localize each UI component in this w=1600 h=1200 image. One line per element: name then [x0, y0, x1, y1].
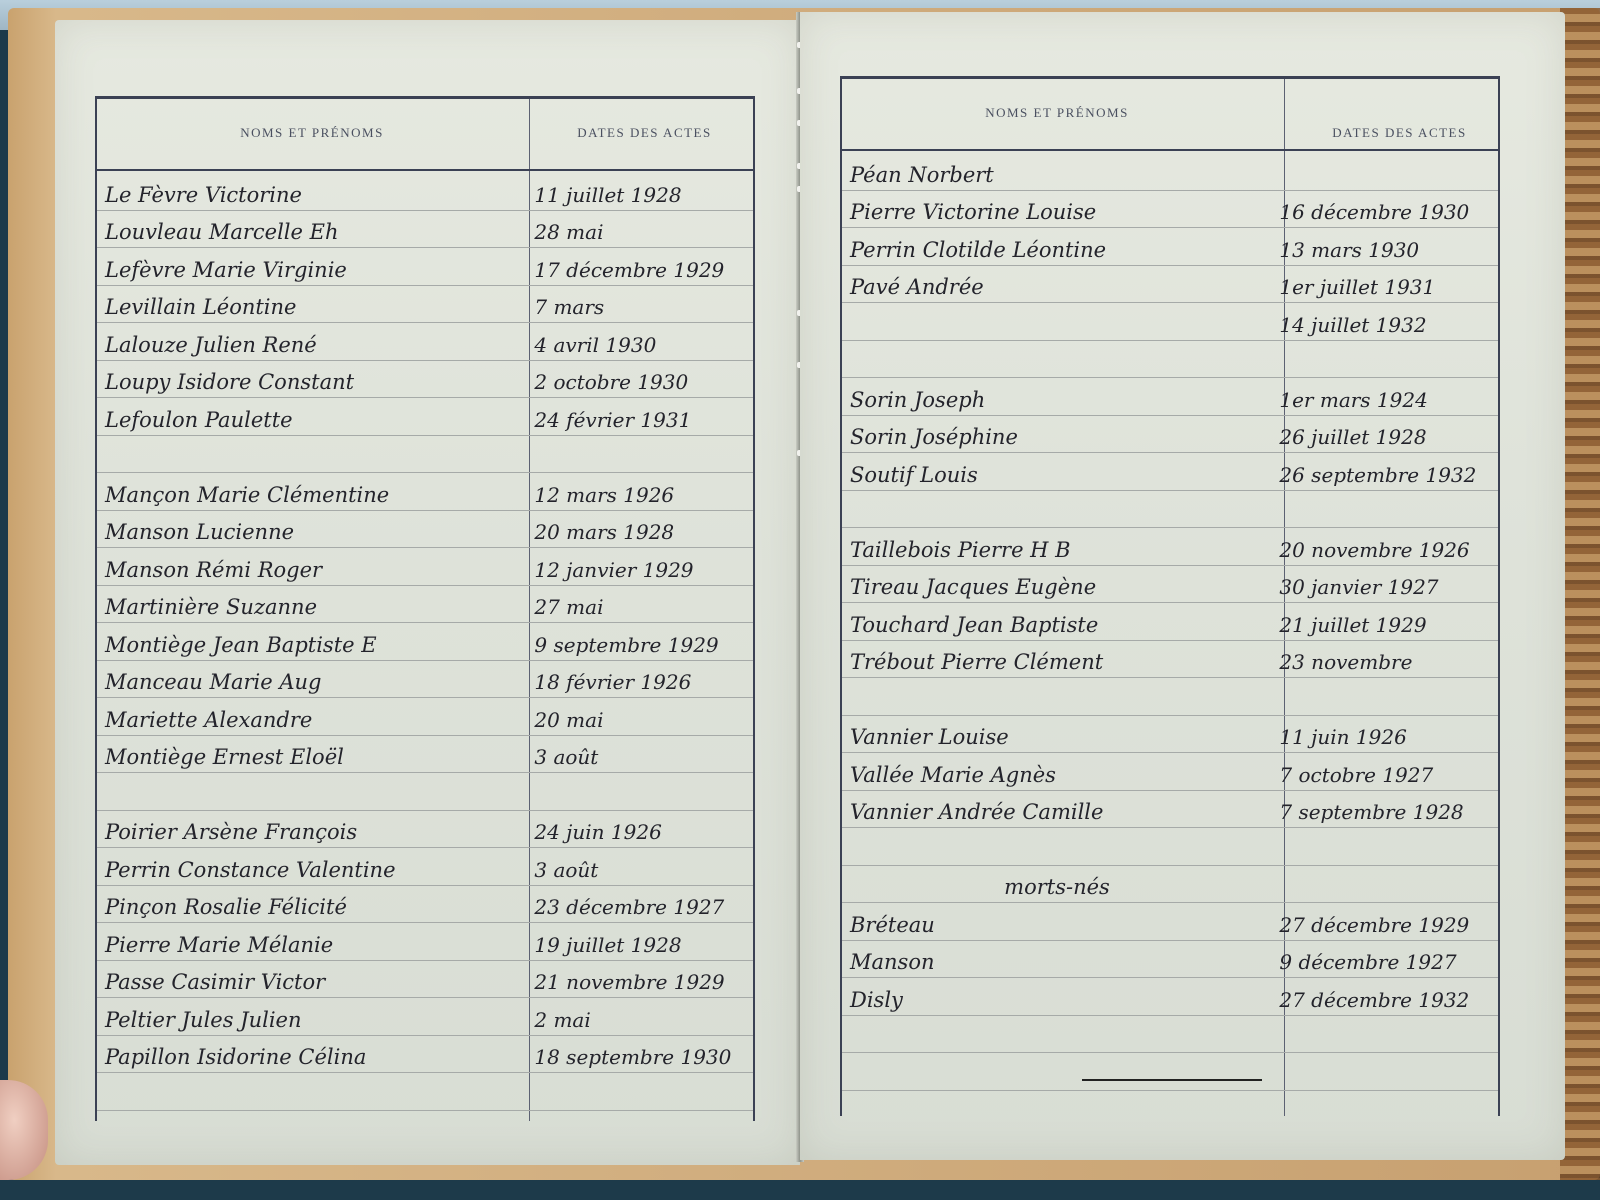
entry-date: 23 décembre 1927 — [524, 895, 753, 922]
entry-name: Vannier Andrée Camille — [842, 800, 1269, 827]
entry-date: 20 mars 1928 — [524, 520, 753, 547]
register-entry-row: Soutif Louis26 septembre 1932 — [842, 453, 1498, 491]
entry-name: Pierre Victorine Louise — [842, 200, 1269, 227]
register-entry-row: Disly27 décembre 1932 — [842, 978, 1498, 1016]
entry-name: Soutif Louis — [842, 463, 1269, 490]
register-entry-row: Vallée Marie Agnès7 octobre 1927 — [842, 753, 1498, 791]
names-column-header: NOMS ET PRÉNOMS — [97, 125, 527, 141]
entry-date: 2 mai — [524, 1008, 753, 1035]
register-entry-row: Sorin Joseph1er mars 1924 — [842, 378, 1498, 416]
entry-name: Lefèvre Marie Virginie — [97, 258, 524, 285]
register-entry-row: Mançon Marie Clémentine12 mars 1926 — [97, 473, 753, 511]
entry-date: 7 octobre 1927 — [1269, 763, 1498, 790]
entry-name — [842, 1087, 1269, 1090]
register-entry-row: Peltier Jules Julien2 mai — [97, 998, 753, 1036]
entry-date — [1269, 1049, 1498, 1052]
entry-name: Manson Lucienne — [97, 520, 524, 547]
entry-date: 21 juillet 1929 — [1269, 613, 1498, 640]
entry-date: 9 septembre 1929 — [524, 633, 753, 660]
entry-date — [1269, 374, 1498, 377]
entry-name — [97, 807, 524, 810]
register-entry-row: Trébout Pierre Clément23 novembre — [842, 641, 1498, 679]
entry-name: Louvleau Marcelle Eh — [97, 220, 524, 247]
right-ledger-table: NOMS ET PRÉNOMS DATES DES ACTES Péan Nor… — [840, 76, 1500, 1116]
register-entry-row: Le Fèvre Victorine11 juillet 1928 — [97, 173, 753, 211]
register-entry-row: Tireau Jacques Eugène30 janvier 1927 — [842, 566, 1498, 604]
entry-name: Péan Norbert — [842, 163, 1269, 190]
register-entry-row: Vannier Louise11 juin 1926 — [842, 716, 1498, 754]
entry-date: 7 mars — [524, 295, 753, 322]
entry-date: 21 novembre 1929 — [524, 970, 753, 997]
blank-row — [842, 828, 1498, 866]
register-entry-row: Sorin Joséphine26 juillet 1928 — [842, 416, 1498, 454]
entry-name — [842, 1049, 1269, 1052]
register-entry-row: Lefoulon Paulette24 février 1931 — [97, 398, 753, 436]
entry-name — [842, 337, 1269, 340]
entry-date: 27 mai — [524, 595, 753, 622]
blank-row — [97, 773, 753, 811]
register-entry-row: Mariette Alexandre20 mai — [97, 698, 753, 736]
entry-name: Perrin Clotilde Léontine — [842, 238, 1269, 265]
section-heading-row: morts-nés — [842, 866, 1498, 904]
right-entry-rows: Péan NorbertPierre Victorine Louise16 dé… — [842, 153, 1498, 1091]
entry-name — [97, 469, 524, 472]
entry-name: Tireau Jacques Eugène — [842, 575, 1269, 602]
entry-date: 30 janvier 1927 — [1269, 575, 1498, 602]
register-entry-row: Pierre Victorine Louise16 décembre 1930 — [842, 191, 1498, 229]
register-entry-row: Papillon Isidorine Célina18 septembre 19… — [97, 1036, 753, 1074]
entry-date: 27 décembre 1929 — [1269, 913, 1498, 940]
left-entry-rows: Le Fèvre Victorine11 juillet 1928Louvlea… — [97, 173, 753, 1111]
entry-date: 24 juin 1926 — [524, 820, 753, 847]
blank-row — [842, 341, 1498, 379]
entry-name: Disly — [842, 988, 1269, 1015]
entry-date: 1er mars 1924 — [1269, 388, 1498, 415]
entry-name: Pierre Marie Mélanie — [97, 933, 524, 960]
register-entry-row: Taillebois Pierre H B20 novembre 1926 — [842, 528, 1498, 566]
entry-date: 23 novembre — [1269, 650, 1498, 677]
entry-name: Manson Rémi Roger — [97, 558, 524, 585]
entry-date: 12 mars 1926 — [524, 483, 753, 510]
entry-date: 20 mai — [524, 708, 753, 735]
entry-name: Lalouze Julien René — [97, 333, 524, 360]
blank-row — [842, 678, 1498, 716]
register-entry-row: Perrin Clotilde Léontine13 mars 1930 — [842, 228, 1498, 266]
entry-date: 19 juillet 1928 — [524, 933, 753, 960]
entry-name: Papillon Isidorine Célina — [97, 1045, 524, 1072]
entry-date: 9 décembre 1927 — [1269, 950, 1498, 977]
entry-name: Levillain Léontine — [97, 295, 524, 322]
entry-name: Vannier Louise — [842, 725, 1269, 752]
entry-date: 13 mars 1930 — [1269, 238, 1498, 265]
blank-row — [97, 1073, 753, 1111]
entry-name: Loupy Isidore Constant — [97, 370, 524, 397]
left-ledger-table: NOMS ET PRÉNOMS DATES DES ACTES Le Fèvre… — [95, 96, 755, 1121]
entry-name — [842, 524, 1269, 527]
register-entry-row: Levillain Léontine7 mars — [97, 286, 753, 324]
entry-date — [1269, 1087, 1498, 1090]
entry-name: Pinçon Rosalie Félicité — [97, 895, 524, 922]
entry-name: Mariette Alexandre — [97, 708, 524, 735]
entry-date: 16 décembre 1930 — [1269, 200, 1498, 227]
register-entry-row: Passe Casimir Victor21 novembre 1929 — [97, 961, 753, 999]
entry-date: 7 septembre 1928 — [1269, 800, 1498, 827]
entry-name — [97, 1107, 524, 1110]
right-header-row: NOMS ET PRÉNOMS DATES DES ACTES — [842, 79, 1498, 151]
register-entry-row: Loupy Isidore Constant2 octobre 1930 — [97, 361, 753, 399]
entry-date — [524, 469, 753, 472]
register-entry-row: Pinçon Rosalie Félicité23 décembre 1927 — [97, 886, 753, 924]
register-entry-row: Bréteau27 décembre 1929 — [842, 903, 1498, 941]
register-entry-row: Lefèvre Marie Virginie17 décembre 1929 — [97, 248, 753, 286]
entry-date: 24 février 1931 — [524, 408, 753, 435]
entry-name: Perrin Constance Valentine — [97, 858, 524, 885]
entry-date: 3 août — [524, 745, 753, 772]
register-entry-row: Poirier Arsène François24 juin 1926 — [97, 811, 753, 849]
entry-name: Sorin Joséphine — [842, 425, 1269, 452]
entry-name: Trébout Pierre Clément — [842, 650, 1269, 677]
register-entry-row: Montiège Jean Baptiste E9 septembre 1929 — [97, 623, 753, 661]
register-entry-row: Montiège Ernest Eloël3 août — [97, 736, 753, 774]
entry-name: Martinière Suzanne — [97, 595, 524, 622]
entry-date: 4 avril 1930 — [524, 333, 753, 360]
entry-name: Lefoulon Paulette — [97, 408, 524, 435]
blank-row — [842, 491, 1498, 529]
entry-name: Taillebois Pierre H B — [842, 538, 1269, 565]
dates-column-header: DATES DES ACTES — [1287, 125, 1512, 141]
end-of-entries-rule — [1082, 1079, 1262, 1081]
entry-date — [524, 807, 753, 810]
register-entry-row: Pierre Marie Mélanie19 juillet 1928 — [97, 923, 753, 961]
register-entry-row: Manson Rémi Roger12 janvier 1929 — [97, 548, 753, 586]
register-entry-row: Lalouze Julien René4 avril 1930 — [97, 323, 753, 361]
entry-date: 20 novembre 1926 — [1269, 538, 1498, 565]
entry-date: 1er juillet 1931 — [1269, 275, 1498, 302]
entry-name: Le Fèvre Victorine — [97, 183, 524, 210]
register-entry-row: Touchard Jean Baptiste21 juillet 1929 — [842, 603, 1498, 641]
entry-name — [842, 374, 1269, 377]
entry-name: Manceau Marie Aug — [97, 670, 524, 697]
entry-name — [842, 712, 1269, 715]
entry-date: 17 décembre 1929 — [524, 258, 753, 285]
register-entry-row: Péan Norbert — [842, 153, 1498, 191]
entry-name: Passe Casimir Victor — [97, 970, 524, 997]
entry-name: Mançon Marie Clémentine — [97, 483, 524, 510]
entry-date: 11 juillet 1928 — [524, 183, 753, 210]
entry-name: Montiège Jean Baptiste E — [97, 633, 524, 660]
entry-date: 2 octobre 1930 — [524, 370, 753, 397]
register-entry-row: Pavé Andrée1er juillet 1931 — [842, 266, 1498, 304]
entry-date — [524, 1107, 753, 1110]
entry-name — [842, 862, 1269, 865]
entry-date: 28 mai — [524, 220, 753, 247]
register-entry-row: Manceau Marie Aug18 février 1926 — [97, 661, 753, 699]
register-entry-row: Perrin Constance Valentine3 août — [97, 848, 753, 886]
dates-column-header: DATES DES ACTES — [532, 125, 757, 141]
register-entry-row: Vannier Andrée Camille7 septembre 1928 — [842, 791, 1498, 829]
entry-name: Pavé Andrée — [842, 275, 1269, 302]
left-header-row: NOMS ET PRÉNOMS DATES DES ACTES — [97, 99, 753, 171]
entry-name: Vallée Marie Agnès — [842, 763, 1269, 790]
entry-date — [1269, 524, 1498, 527]
entry-date: 11 juin 1926 — [1269, 725, 1498, 752]
entry-name: Montiège Ernest Eloël — [97, 745, 524, 772]
blank-row — [97, 436, 753, 474]
register-entry-row: 14 juillet 1932 — [842, 303, 1498, 341]
entry-date: 18 septembre 1930 — [524, 1045, 753, 1072]
entry-date: 18 février 1926 — [524, 670, 753, 697]
entry-name: Peltier Jules Julien — [97, 1008, 524, 1035]
stillborn-section-title: morts-nés — [842, 875, 1272, 902]
entry-date: 12 janvier 1929 — [524, 558, 753, 585]
register-entry-row: Manson9 décembre 1927 — [842, 941, 1498, 979]
left-page: NOMS ET PRÉNOMS DATES DES ACTES Le Fèvre… — [55, 20, 800, 1165]
register-entry-row: Martinière Suzanne27 mai — [97, 586, 753, 624]
entry-date: 26 septembre 1932 — [1269, 463, 1498, 490]
entry-date: 27 décembre 1932 — [1269, 988, 1498, 1015]
blank-row — [842, 1016, 1498, 1054]
entry-name: Touchard Jean Baptiste — [842, 613, 1269, 640]
entry-name: Bréteau — [842, 913, 1269, 940]
book-cover-edge — [1560, 8, 1600, 1180]
entry-date: 3 août — [524, 858, 753, 885]
entry-name: Poirier Arsène François — [97, 820, 524, 847]
register-entry-row: Manson Lucienne20 mars 1928 — [97, 511, 753, 549]
entry-name: Sorin Joseph — [842, 388, 1269, 415]
entry-name: Manson — [842, 950, 1269, 977]
entry-date: 14 juillet 1932 — [1269, 313, 1498, 340]
entry-date — [1269, 862, 1498, 865]
entry-date: 26 juillet 1928 — [1269, 425, 1498, 452]
entry-date — [1269, 712, 1498, 715]
names-column-header: NOMS ET PRÉNOMS — [842, 105, 1272, 121]
right-page: NOMS ET PRÉNOMS DATES DES ACTES Péan Nor… — [800, 12, 1565, 1160]
blank-row — [842, 1053, 1498, 1091]
register-entry-row: Louvleau Marcelle Eh28 mai — [97, 211, 753, 249]
entry-date — [1269, 187, 1498, 190]
